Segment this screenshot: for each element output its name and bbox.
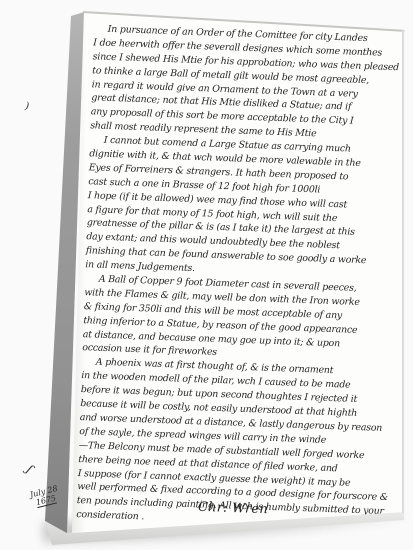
letter-page: In pursuance of an Order of the Comittee… [72,12,404,534]
letter-body: In pursuance of an Order of the Comittee… [68,22,404,533]
edge-ink-mark: ʃ [25,464,34,474]
signature-chr-wren: Chr: Wren [198,500,268,517]
edge-ink-mark: ) [24,102,29,112]
canvas-right-edge-line [402,30,404,513]
product-photo-background: ) ʃ In pursuance of an Order of the Comi… [0,0,413,550]
